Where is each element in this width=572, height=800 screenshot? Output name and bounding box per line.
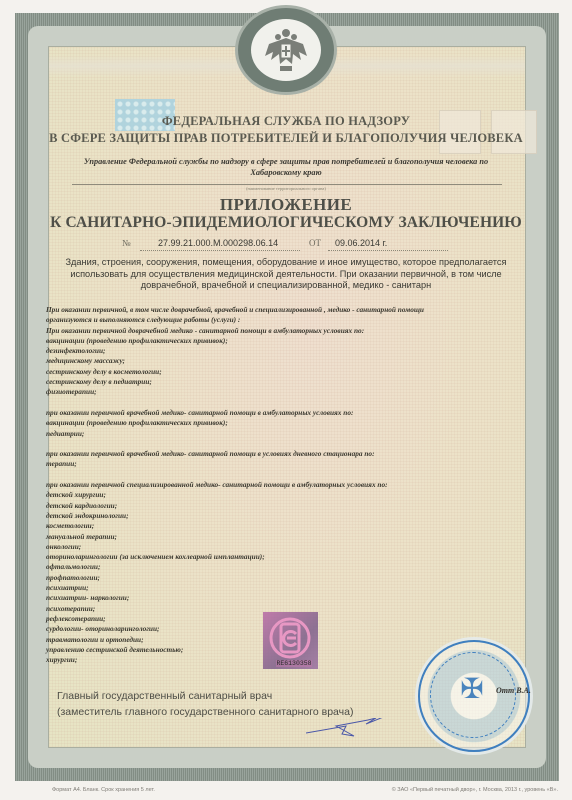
- number-underline: [140, 250, 300, 251]
- list-item: сестринскому делу в косметологии;: [46, 367, 516, 377]
- list-item: вакцинации (проведению профилактических …: [46, 418, 516, 428]
- date-underline: [328, 250, 448, 251]
- list-item: физиотерапии;: [46, 387, 516, 397]
- services-intro-line2: организуются и выполняются следующие раб…: [46, 315, 516, 325]
- object-description: Здания, строения, сооружения, помещения,…: [60, 257, 512, 292]
- document-date: 09.06.2014 г.: [335, 238, 387, 248]
- document-subtitle: К САНИТАРНО-ЭПИДЕМИОЛОГИЧЕСКОМУ ЗАКЛЮЧЕН…: [0, 214, 572, 232]
- footer-printer-note: © ЗАО «Первый печатный двор», г. Москва,…: [392, 787, 558, 793]
- group-heading: при оказании первичной врачебной медико-…: [46, 408, 516, 418]
- list-item: косметологии;: [46, 521, 516, 531]
- issuer-underline: [72, 184, 502, 185]
- date-label: от: [309, 238, 321, 248]
- number-label: №: [122, 238, 131, 248]
- list-item: профпатологии;: [46, 573, 516, 583]
- issuer-line1: Управление Федеральной службы по надзору…: [70, 156, 502, 167]
- list-item: медицинскому массажу;: [46, 356, 516, 366]
- group-heading: при оказании первичной врачебной медико-…: [46, 449, 516, 459]
- list-item: онкологии;: [46, 542, 516, 552]
- list-item: дезинфектологии;: [46, 346, 516, 356]
- list-item: психиатрии- наркологии;: [46, 593, 516, 603]
- list-item: психиатрии;: [46, 583, 516, 593]
- signatory-title-line2: (заместитель главного государственного с…: [57, 706, 353, 718]
- list-item: терапии;: [46, 459, 516, 469]
- document-number: 27.99.21.000.М.000298.06.14: [158, 238, 278, 248]
- official-seal-stamp: ✠: [418, 640, 530, 752]
- document-number-line: № 27.99.21.000.М.000298.06.14 от 09.06.2…: [0, 238, 572, 254]
- handwritten-signature: [306, 718, 386, 740]
- list-item: детской эндокринологии;: [46, 511, 516, 521]
- group-heading: при оказании первичной специализированно…: [46, 480, 516, 490]
- spacer: [46, 470, 516, 480]
- agency-name-line1: ФЕДЕРАЛЬНАЯ СЛУЖБА ПО НАДЗОРУ: [0, 114, 572, 129]
- spacer: [46, 439, 516, 449]
- services-intro-line1: При оказании первичной, в том числе довр…: [46, 305, 516, 315]
- list-item: оториноларингологии (за исключением кохл…: [46, 552, 516, 562]
- issuer-line2: Хабаровскому краю: [70, 167, 502, 178]
- spacer: [46, 398, 516, 408]
- signatory-name: Отт В.А.: [496, 686, 531, 695]
- list-item: детской кардиологии;: [46, 501, 516, 511]
- list-item: детской хирургии;: [46, 490, 516, 500]
- stamp-eagle-icon: ✠: [450, 668, 494, 712]
- list-item: сестринскому делу в педиатрии;: [46, 377, 516, 387]
- signatory-title-line1: Главный государственный санитарный врач: [57, 690, 272, 702]
- hologram-serial: RE6130358: [276, 660, 312, 667]
- list-item: вакцинации (проведению профилактических …: [46, 336, 516, 346]
- footer-format-note: Формат А4. Бланк. Срок хранения 5 лет.: [52, 787, 155, 793]
- list-item: педиатрии;: [46, 429, 516, 439]
- list-item: офтальмологии;: [46, 562, 516, 572]
- document-title: ПРИЛОЖЕНИЕ: [0, 195, 572, 215]
- group-heading: При оказании первичной доврачебной медик…: [46, 326, 516, 336]
- agency-name-line2: В СФЕРЕ ЗАЩИТЫ ПРАВ ПОТРЕБИТЕЛЕЙ И БЛАГО…: [0, 131, 572, 146]
- list-item: мануальной терапии;: [46, 532, 516, 542]
- issuer-caption: (наименование территориального органа): [0, 186, 572, 191]
